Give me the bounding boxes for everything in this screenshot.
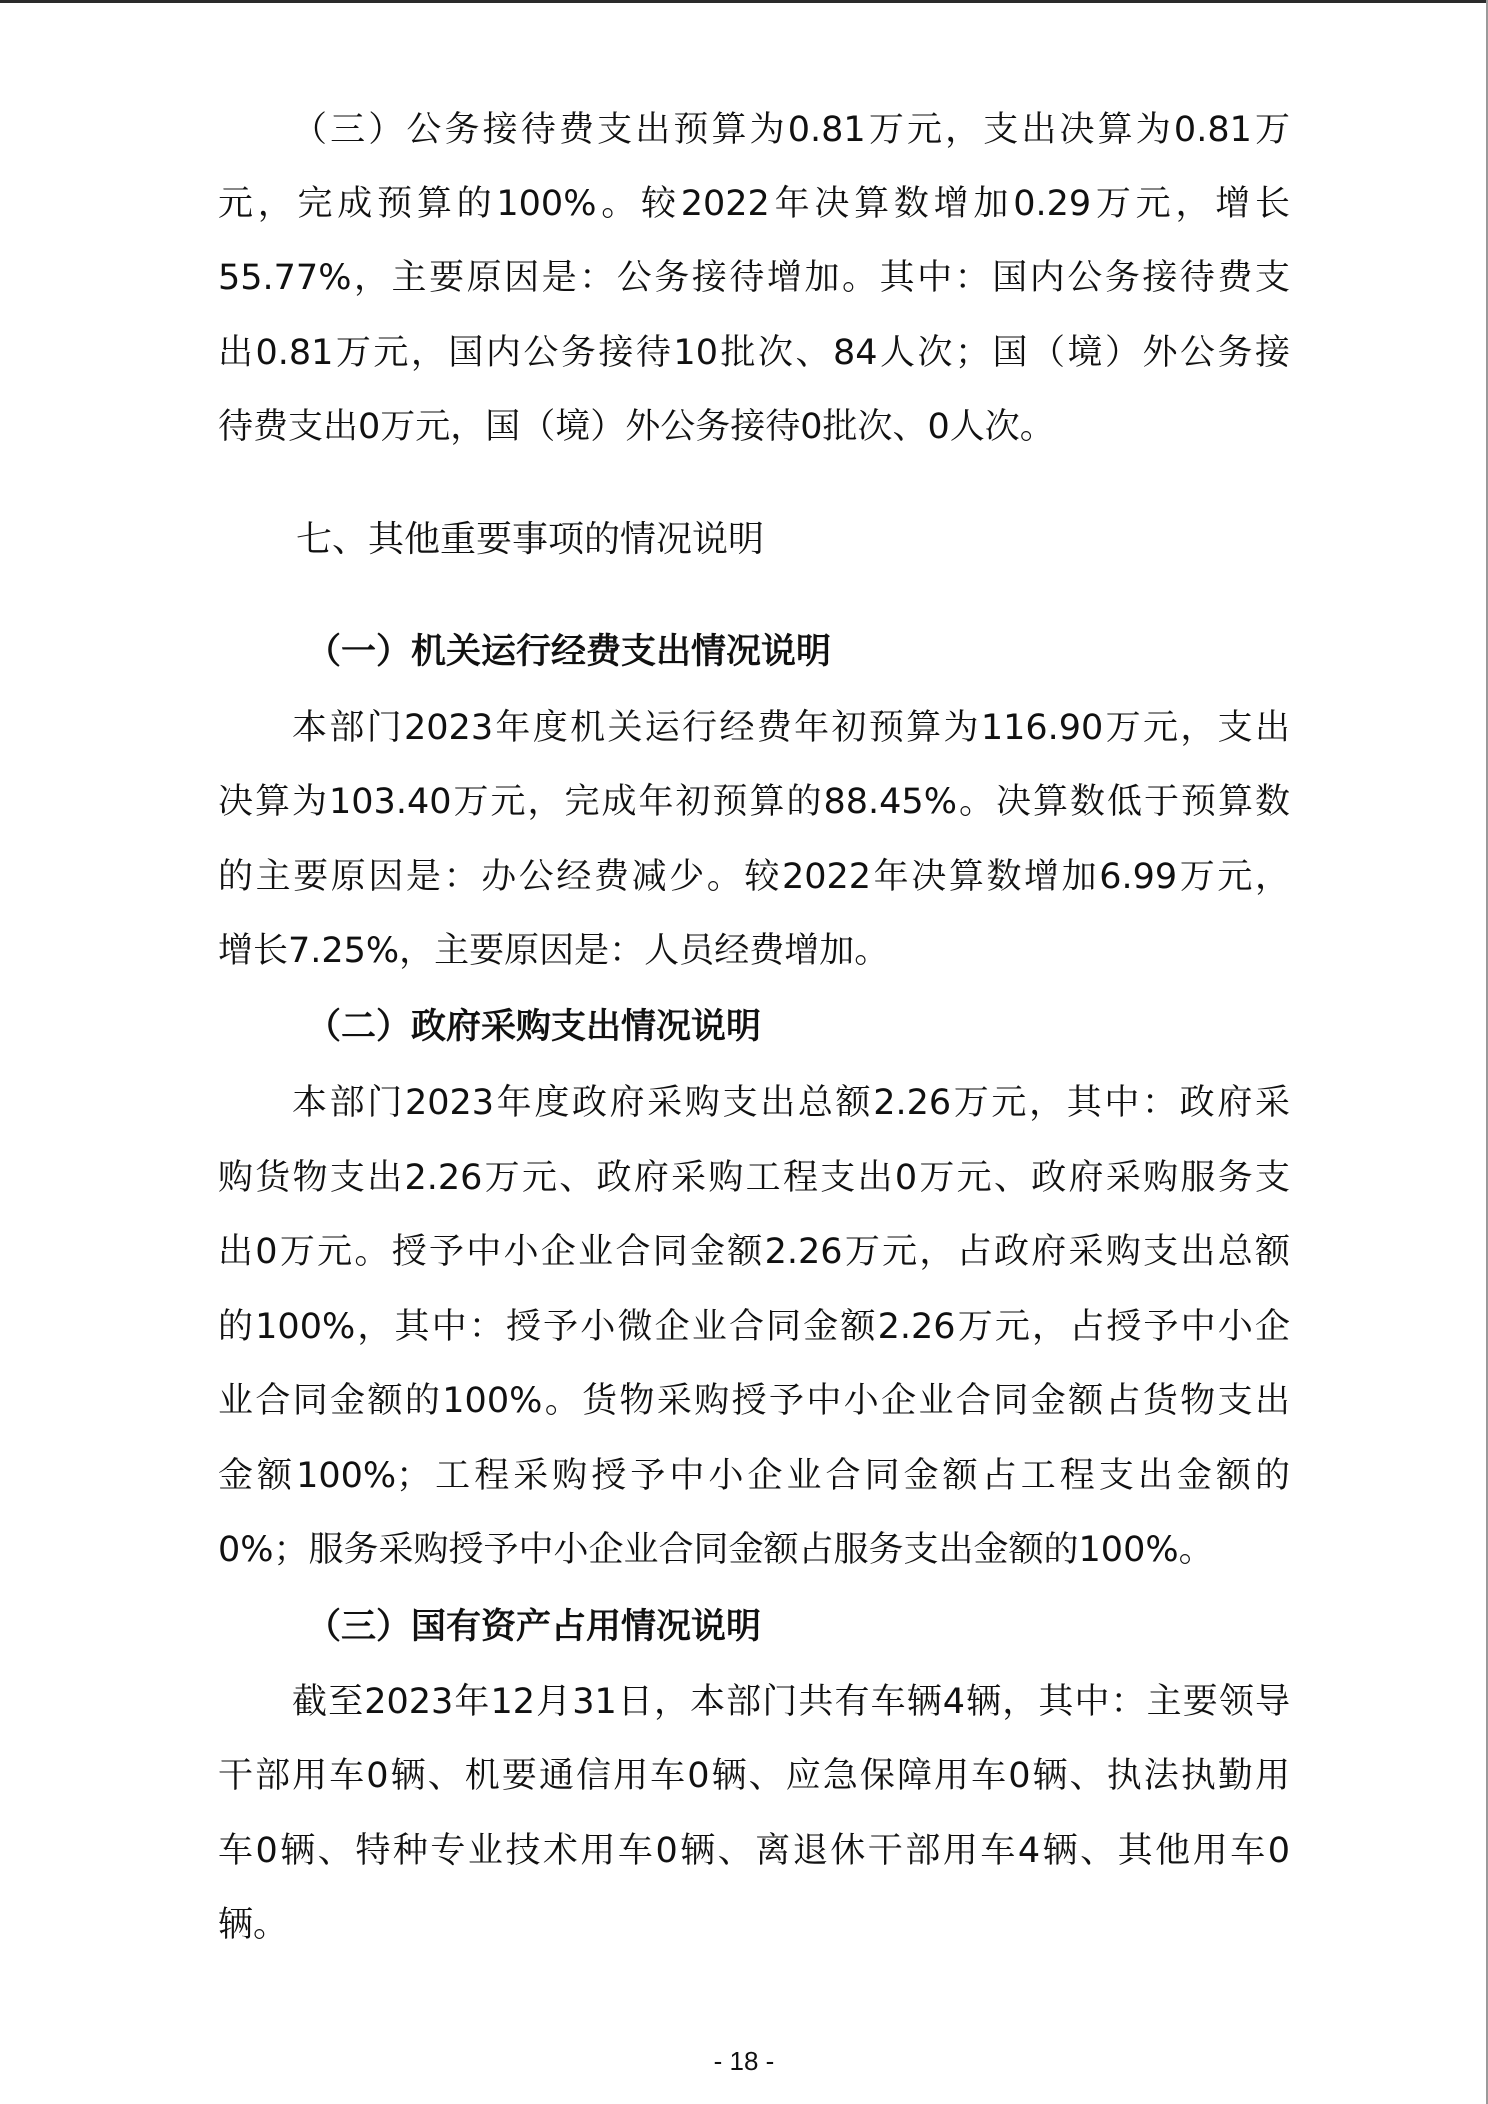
text-line: 本部门2023年度政府采购支出总额2.26万元，其中：政府采 bbox=[292, 1083, 1290, 1123]
page-top-border bbox=[0, 0, 1488, 3]
text-line: 0%；服务采购授予中小企业合同金额占服务支出金额的100%。 bbox=[218, 1530, 1290, 1570]
text-line: （三）公务接待费支出预算为0.81万元，支出决算为0.81万 bbox=[292, 110, 1290, 150]
text-line: 出0万元。授予中小企业合同金额2.26万元，占政府采购支出总额 bbox=[218, 1232, 1290, 1272]
text-line: 元，完成预算的100%。较2022年决算数增加0.29万元，增长 bbox=[218, 184, 1290, 224]
text-line: 决算为103.40万元，完成年初预算的88.45%。决算数低于预算数 bbox=[218, 782, 1290, 822]
subsection-heading: （三）国有资产占用情况说明 bbox=[306, 1607, 761, 1647]
subsection-heading: （二）政府采购支出情况说明 bbox=[306, 1007, 761, 1047]
text-line: 的主要原因是：办公经费减少。较2022年决算数增加6.99万元， bbox=[218, 857, 1290, 897]
section-heading: 七、其他重要事项的情况说明 bbox=[296, 520, 764, 560]
text-line: 出0.81万元，国内公务接待10批次、84人次；国（境）外公务接 bbox=[218, 333, 1290, 373]
page-number: - 18 - bbox=[0, 2046, 1488, 2076]
text-line: 车0辆、特种专业技术用车0辆、离退休干部用车4辆、其他用车0 bbox=[218, 1831, 1290, 1871]
text-line: 55.77%，主要原因是：公务接待增加。其中：国内公务接待费支 bbox=[218, 258, 1290, 298]
text-line: 辆。 bbox=[218, 1905, 1290, 1945]
text-line: 的100%，其中：授予小微企业合同金额2.26万元，占授予中小企 bbox=[218, 1307, 1290, 1347]
text-line: 金额100%；工程采购授予中小企业合同金额占工程支出金额的 bbox=[218, 1456, 1290, 1496]
text-line: 增长7.25%，主要原因是：人员经费增加。 bbox=[218, 931, 1290, 971]
text-line: 待费支出0万元，国（境）外公务接待0批次、0人次。 bbox=[218, 407, 1290, 447]
text-line: 本部门2023年度机关运行经费年初预算为116.90万元，支出 bbox=[292, 708, 1290, 748]
text-line: 购货物支出2.26万元、政府采购工程支出0万元、政府采购服务支 bbox=[218, 1158, 1290, 1198]
text-line: 业合同金额的100%。货物采购授予中小企业合同金额占货物支出 bbox=[218, 1381, 1290, 1421]
subsection-heading: （一）机关运行经费支出情况说明 bbox=[306, 632, 831, 672]
text-line: 干部用车0辆、机要通信用车0辆、应急保障用车0辆、执法执勤用 bbox=[218, 1756, 1290, 1796]
text-line: 截至2023年12月31日，本部门共有车辆4辆，其中：主要领导 bbox=[292, 1682, 1290, 1722]
